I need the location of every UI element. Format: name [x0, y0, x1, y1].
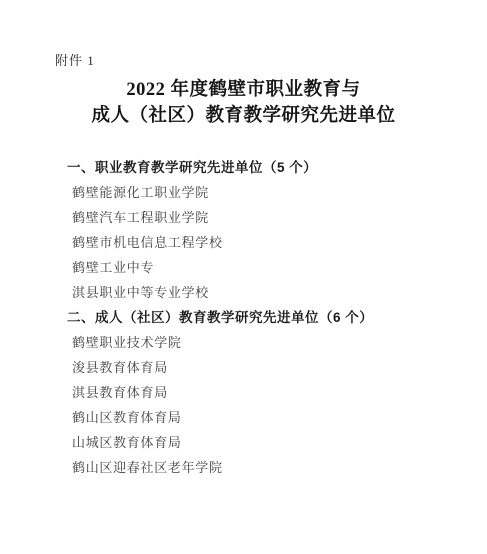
section-heading-vocational: 一、职业教育教学研究先进单位（5 个）	[67, 155, 487, 180]
unit-list-vocational: 鹤壁能源化工职业学院 鹤壁汽车工程职业学院 鹤壁市机电信息工程学校 鹤壁工业中专…	[0, 180, 487, 305]
list-item: 鹤壁能源化工职业学院	[72, 180, 487, 205]
document-title-line-2: 成人（社区）教育教学研究先进单位	[0, 103, 487, 129]
unit-list-adult-community: 鹤壁职业技术学院 浚县教育体育局 淇县教育体育局 鹤山区教育体育局 山城区教育体…	[0, 330, 487, 480]
list-item: 淇县教育体育局	[72, 380, 487, 405]
section-heading-adult-community: 二、成人（社区）教育教学研究先进单位（6 个）	[67, 305, 487, 330]
document-title: 2022 年度鹤壁市职业教育与 成人（社区）教育教学研究先进单位	[0, 77, 487, 129]
section-vocational-education: 一、职业教育教学研究先进单位（5 个） 鹤壁能源化工职业学院 鹤壁汽车工程职业学…	[0, 155, 487, 305]
list-item: 鹤山区迎春社区老年学院	[72, 455, 487, 480]
section-adult-community-education: 二、成人（社区）教育教学研究先进单位（6 个） 鹤壁职业技术学院 浚县教育体育局…	[0, 305, 487, 480]
document-title-line-1: 2022 年度鹤壁市职业教育与	[0, 77, 487, 103]
list-item: 山城区教育体育局	[72, 430, 487, 455]
list-item: 浚县教育体育局	[72, 355, 487, 380]
list-item: 鹤壁工业中专	[72, 255, 487, 280]
list-item: 淇县职业中等专业学校	[72, 280, 487, 305]
list-item: 鹤壁市机电信息工程学校	[72, 230, 487, 255]
list-item: 鹤山区教育体育局	[72, 405, 487, 430]
document-page: 附件 1 2022 年度鹤壁市职业教育与 成人（社区）教育教学研究先进单位 一、…	[0, 0, 487, 554]
list-item: 鹤壁职业技术学院	[72, 330, 487, 355]
attachment-label: 附件 1	[55, 53, 487, 68]
list-item: 鹤壁汽车工程职业学院	[72, 205, 487, 230]
